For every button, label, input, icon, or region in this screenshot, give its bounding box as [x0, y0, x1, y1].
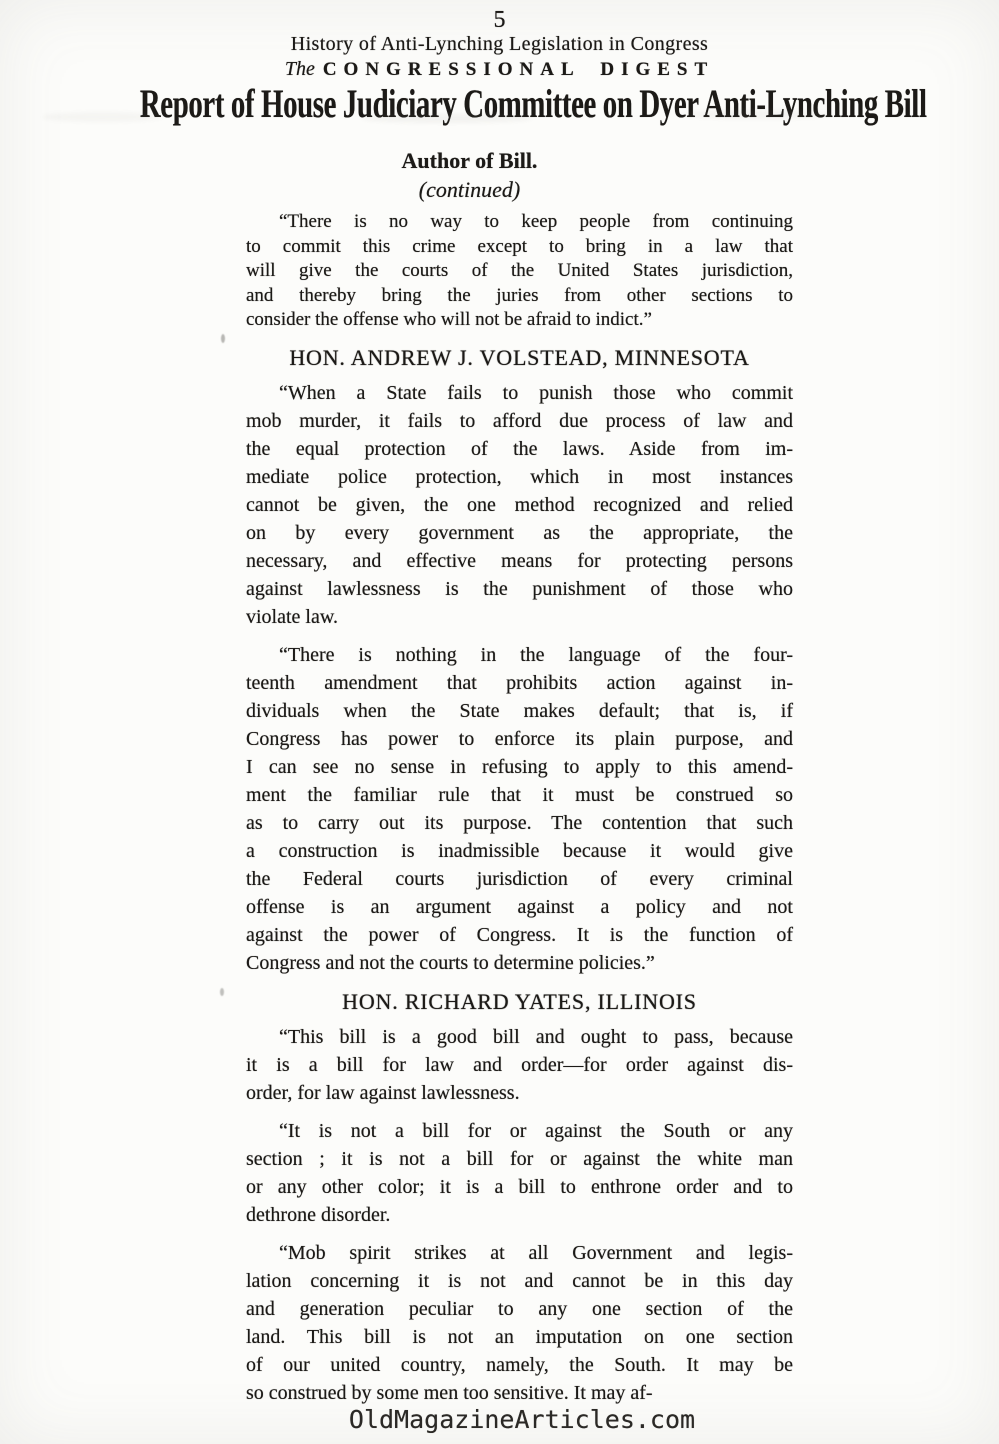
text-line: the Federal courts jurisdiction of every…: [246, 865, 793, 893]
speaker-heading-volstead: HON. ANDREW J. VOLSTEAD, MINNESOTA: [246, 345, 793, 371]
text-line: “There is no way to keep people from con…: [246, 210, 793, 235]
text-line: “It is not a bill for or against the Sou…: [246, 1117, 793, 1145]
text-line: ment the familiar rule that it must be c…: [246, 781, 793, 809]
speaker-heading-yates: HON. RICHARD YATES, ILLINOIS: [246, 989, 793, 1015]
text-line: on by every government as the appropriat…: [246, 519, 793, 547]
text-line: so construed by some men too sensitive. …: [246, 1379, 793, 1407]
text-line: “Mob spirit strikes at all Government an…: [246, 1239, 793, 1267]
article-title: Report of House Judiciary Committee on D…: [140, 82, 859, 126]
text-line: “When a State fails to punish those who …: [246, 379, 793, 407]
text-line: “There is nothing in the language of the…: [246, 641, 793, 669]
yates-paragraph-3: “Mob spirit strikes at all Government an…: [246, 1239, 793, 1407]
text-line: dividuals when the State makes default; …: [246, 697, 793, 725]
text-line: as to carry out its purpose. The content…: [246, 809, 793, 837]
text-line: against lawlessness is the punishment of…: [246, 575, 793, 603]
text-line: of our united country, namely, the South…: [246, 1351, 793, 1379]
volstead-paragraph-1: “When a State fails to punish those who …: [246, 379, 793, 631]
text-line: Congress and not the courts to determine…: [246, 949, 793, 977]
text-line: order, for law against lawlessness.: [246, 1079, 793, 1107]
text-line: against the power of Congress. It is the…: [246, 921, 793, 949]
continued-note: (continued): [0, 176, 969, 204]
text-line: consider the offense who will not be afr…: [246, 308, 793, 333]
text-line: dethrone disorder.: [246, 1201, 793, 1229]
text-line: a construction is inadmissible because i…: [246, 837, 793, 865]
text-line: to commit this crime except to bring in …: [246, 235, 793, 260]
text-line: offense is an argument against a policy …: [246, 893, 793, 921]
text-line: lation concerning it is not and cannot b…: [246, 1267, 793, 1295]
publication-the: The: [285, 58, 315, 80]
publication-line: TheCONGRESSIONAL DIGEST: [0, 57, 999, 82]
footer-watermark: OldMagazineArticles.com: [0, 1405, 999, 1434]
text-line: teenth amendment that prohibits action a…: [246, 669, 793, 697]
yates-paragraph-2: “It is not a bill for or against the Sou…: [246, 1117, 793, 1229]
text-line: or any other color; it is a bill to enth…: [246, 1173, 793, 1201]
page-number: 5: [0, 8, 999, 32]
text-line: “This bill is a good bill and ought to p…: [246, 1023, 793, 1051]
text-line: mediate police protection, which in most…: [246, 463, 793, 491]
text-line: I can see no sense in refusing to apply …: [246, 753, 793, 781]
volstead-paragraph-2: “There is nothing in the language of the…: [246, 641, 793, 977]
text-line: it is a bill for law and order—for order…: [246, 1051, 793, 1079]
article-column: “There is no way to keep people from con…: [246, 210, 793, 1407]
text-line: necessary, and effective means for prote…: [246, 547, 793, 575]
author-block: Author of Bill. (continued): [0, 148, 969, 204]
publication-name: CONGRESSIONAL DIGEST: [323, 59, 714, 80]
magazine-page: 5 History of Anti-Lynching Legislation i…: [0, 0, 999, 1444]
text-line: mob murder, it fails to afford due proce…: [246, 407, 793, 435]
series-title: History of Anti-Lynching Legislation in …: [0, 32, 999, 57]
text-line: section ; it is not a bill for or agains…: [246, 1145, 793, 1173]
text-line: and generation peculiar to any one secti…: [246, 1295, 793, 1323]
text-line: will give the courts of the United State…: [246, 259, 793, 284]
text-line: and thereby bring the juries from other …: [246, 284, 793, 309]
scan-artifact: [220, 988, 224, 996]
author-of-bill-heading: Author of Bill.: [0, 148, 969, 174]
text-line: land. This bill is not an imputation on …: [246, 1323, 793, 1351]
text-line: cannot be given, the one method recogniz…: [246, 491, 793, 519]
scan-artifact: [221, 334, 225, 343]
yates-paragraph-1: “This bill is a good bill and ought to p…: [246, 1023, 793, 1107]
intro-quote-paragraph: “There is no way to keep people from con…: [246, 210, 793, 333]
text-line: Congress has power to enforce its plain …: [246, 725, 793, 753]
text-line: the equal protection of the laws. Aside …: [246, 435, 793, 463]
text-line: violate law.: [246, 603, 793, 631]
